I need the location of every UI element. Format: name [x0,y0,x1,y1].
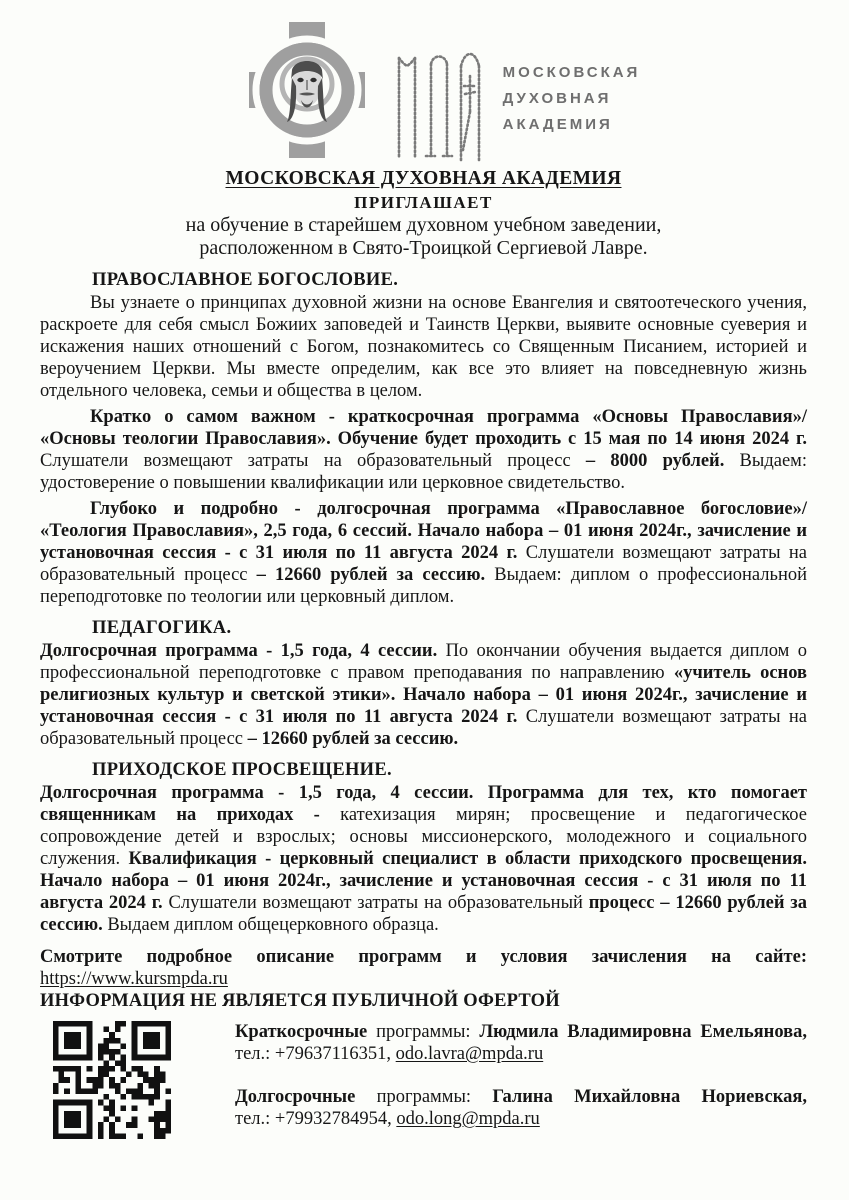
mda-monogram-icon [391,42,483,166]
section-heading: ПРИХОДСКОЕ ПРОСВЕЩЕНИЕ. [92,759,807,781]
section-parish: ПРИХОДСКОЕ ПРОСВЕЩЕНИЕ. Долгосрочная про… [40,759,807,936]
text-run: программы: [377,1087,493,1107]
text-run: Людмила Владимировна Емельянова, [479,1022,807,1042]
section-heading: ПРАВОСЛАВНОЕ БОГОСЛОВИЕ. [92,269,807,291]
text-run: Долгосрочные [235,1087,377,1107]
section-theology: ПРАВОСЛАВНОЕ БОГОСЛОВИЕ. Вы узнаете о пр… [40,269,807,608]
brand-text: МОСКОВСКАЯ ДУХОВНАЯ АКАДЕМИЯ [503,60,641,138]
offer-disclaimer: ИНФОРМАЦИЯ НЕ ЯВЛЯЕТСЯ ПУБЛИЧНОЙ ОФЕРТОЙ [40,990,807,1012]
text-run: Кратко о самом важном - краткосрочная пр… [40,407,807,449]
contact-phone-line: тел.: +79932784954, odo.long@mpda.ru [235,1108,807,1130]
paragraph-theology-intro: Вы узнаете о принципах духовной жизни на… [40,292,807,402]
paragraph-short-program: Кратко о самом важном - краткосрочная пр… [40,406,807,494]
text-run: – 8000 рублей. [586,451,740,471]
text-run: тел.: +79932784954, [235,1109,396,1129]
footer: Смотрите подробное описание программ и у… [40,946,807,1151]
header-logo-row: МОСКОВСКАЯ ДУХОВНАЯ АКАДЕМИЯ [80,20,807,162]
contact-short-programs: Краткосрочные программы: Людмила Владими… [235,1021,807,1065]
text-run: – 12660 рублей за сессию. [248,729,459,749]
lead-line-2: расположенном в Свято-Троицкой Сергиевой… [40,237,807,260]
text-run: Долгосрочная программа - 1,5 года, 4 сес… [40,641,446,661]
text-run: Слушатели возмещают затраты на образоват… [40,451,586,471]
brand-line: МОСКОВСКАЯ [503,60,641,86]
paragraph-long-program: Глубоко и подробно - долгосрочная програ… [40,498,807,608]
section-pedagogy: ПЕДАГОГИКА. Долгосрочная программа - 1,5… [40,617,807,750]
contact-long-programs: Долгосрочные программы: Галина Михайловн… [235,1086,807,1130]
text-run: Слушатели возмещают затраты на образоват… [169,893,589,913]
brand-line: АКАДЕМИЯ [503,112,641,138]
email-link: odo.lavra@mpda.ru [396,1044,544,1064]
site-url-link: https://www.kursmpda.ru [40,968,807,990]
title-block: МОСКОВСКАЯ ДУХОВНАЯ АКАДЕМИЯ ПРИГЛАШАЕТ … [40,168,807,260]
text-run: Вы узнаете о принципах духовной жизни на… [40,293,807,401]
text-run: Выдаем диплом общецерковного образца. [107,915,438,935]
site-note: Смотрите подробное описание программ и у… [40,946,807,968]
paragraph-parish: Долгосрочная программа - 1,5 года, 4 сес… [40,782,807,936]
scanned-flyer-page: МОСКОВСКАЯ ДУХОВНАЯ АКАДЕМИЯ МОСКОВСКАЯ … [0,0,849,1200]
text-run: программы: [376,1022,479,1042]
paragraph-pedagogy: Долгосрочная программа - 1,5 года, 4 сес… [40,640,807,750]
contacts-block: Краткосрочные программы: Людмила Владими… [40,1021,807,1151]
contact-name-line: Долгосрочные программы: Галина Михайловн… [235,1086,807,1108]
section-heading: ПЕДАГОГИКА. [92,617,807,639]
text-run: Галина Михайловна Нориевская, [492,1087,807,1107]
email-link: odo.long@mpda.ru [396,1109,539,1129]
text-run: – 12660 рублей за сессию. [257,565,495,585]
contacts-text: Краткосрочные программы: Людмила Владими… [235,1021,807,1151]
document-subtitle: ПРИГЛАШАЕТ [40,192,807,214]
contact-name-line: Краткосрочные программы: Людмила Владими… [235,1021,807,1043]
lead-line-1: на обучение в старейшем духовном учебном… [40,214,807,237]
text-run: тел.: +79637116351, [235,1044,396,1064]
text-run: Краткосрочные [235,1022,376,1042]
qr-code-icon [53,1021,171,1139]
document-title: МОСКОВСКАЯ ДУХОВНАЯ АКАДЕМИЯ [40,168,807,190]
brand-line: ДУХОВНАЯ [503,86,641,112]
contact-phone-line: тел.: +79637116351, odo.lavra@mpda.ru [235,1043,807,1065]
christ-face-cross-icon [247,20,367,160]
